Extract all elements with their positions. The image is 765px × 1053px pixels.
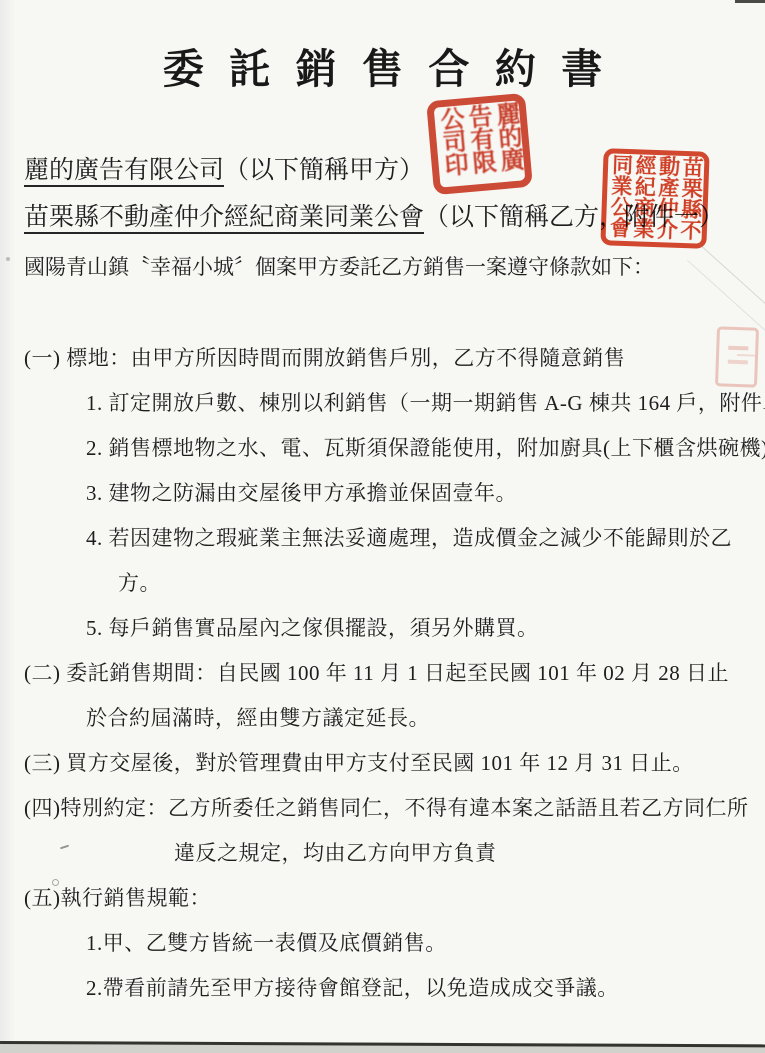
association-seal-text: 苗栗縣不動產仲介經紀商業同業公會 (607, 153, 704, 243)
clause-1-item-3: 3. 建物之防漏由交屋後甲方承擔並保固壹年。 (86, 471, 765, 516)
clause-5-item-2: 2.帶看前請先至甲方接待會館登記，以免造成成交爭議。 (86, 966, 765, 1011)
clause-2-cont: 於合約屆滿時，經由雙方議定延長。 (86, 696, 765, 741)
faint-stamp-mark (715, 326, 759, 387)
clause-4-cont: 違反之規定，均由乙方向甲方負責 (174, 831, 765, 876)
pencil-mark (52, 879, 59, 886)
clauses-block: (一) 標地：由甲方所因時間而開放銷售戶別，乙方不得隨意銷售 1. 訂定開放戶數… (0, 336, 765, 1011)
clause-1-item-4: 4. 若因建物之瑕疵業主無法妥適處理，造成價金之減少不能歸則於乙 (86, 516, 765, 561)
faint-stamp-smudge (728, 346, 748, 351)
association-seal-stamp: 苗栗縣不動產仲介經紀商業同業公會 (600, 148, 709, 249)
party-b-name: 苗栗縣不動產仲介經紀商業同業公會 (24, 204, 424, 234)
clause-1-item-1: 1. 訂定開放戶數、棟別以利銷售（一期一期銷售 A-G 棟共 164 戶，附件二… (86, 381, 765, 426)
intro-line: 國陽青山鎮〝幸福小城〞個案甲方委託乙方銷售一案遵守條款如下： (24, 251, 765, 281)
clause-3: (三) 買方交屋後，對於管理費由甲方支付至民國 101 年 12 月 31 日止… (24, 741, 765, 786)
clause-1-item-2: 2. 銷售標地物之水、電、瓦斯須保證能使用，附加廚具(上下櫃含烘碗機)。 (86, 426, 765, 471)
clause-4: (四)特別約定：乙方所委任之銷售同仁，不得有違本案之話語且若乙方同仁所 (24, 786, 765, 831)
company-seal-stamp: 麗的廣告有限公司印 (426, 93, 533, 195)
clause-1: (一) 標地：由甲方所因時間而開放銷售戶別，乙方不得隨意銷售 (24, 336, 765, 381)
scan-edge-bottom (0, 1041, 765, 1053)
party-a-suffix: （以下簡稱甲方） (224, 157, 424, 184)
clause-2: (二) 委託銷售期間：自民國 100 年 11 月 1 日起至民國 101 年 … (24, 651, 765, 696)
clause-1-item-5: 5. 每戶銷售實品屋內之傢俱擺設，須另外購買。 (86, 606, 765, 651)
party-a-name: 麗的廣告有限公司 (24, 157, 224, 187)
pencil-mark (6, 257, 10, 261)
clause-5: (五)執行銷售規範： (24, 876, 765, 921)
company-seal-text: 麗的廣告有限公司印 (434, 100, 525, 187)
clause-1-item-4-cont: 方。 (118, 561, 765, 606)
contract-page: 委託銷售合約書 麗的廣告有限公司（以下簡稱甲方） 苗栗縣不動產仲介經紀商業同業公… (0, 0, 765, 1053)
scan-edge-artifact-top (735, 0, 765, 3)
clause-5-item-1: 1.甲、乙雙方皆統一表價及底價銷售。 (86, 921, 765, 966)
document-title: 委託銷售合約書 (0, 0, 765, 95)
scan-left-shading (0, 0, 16, 1053)
